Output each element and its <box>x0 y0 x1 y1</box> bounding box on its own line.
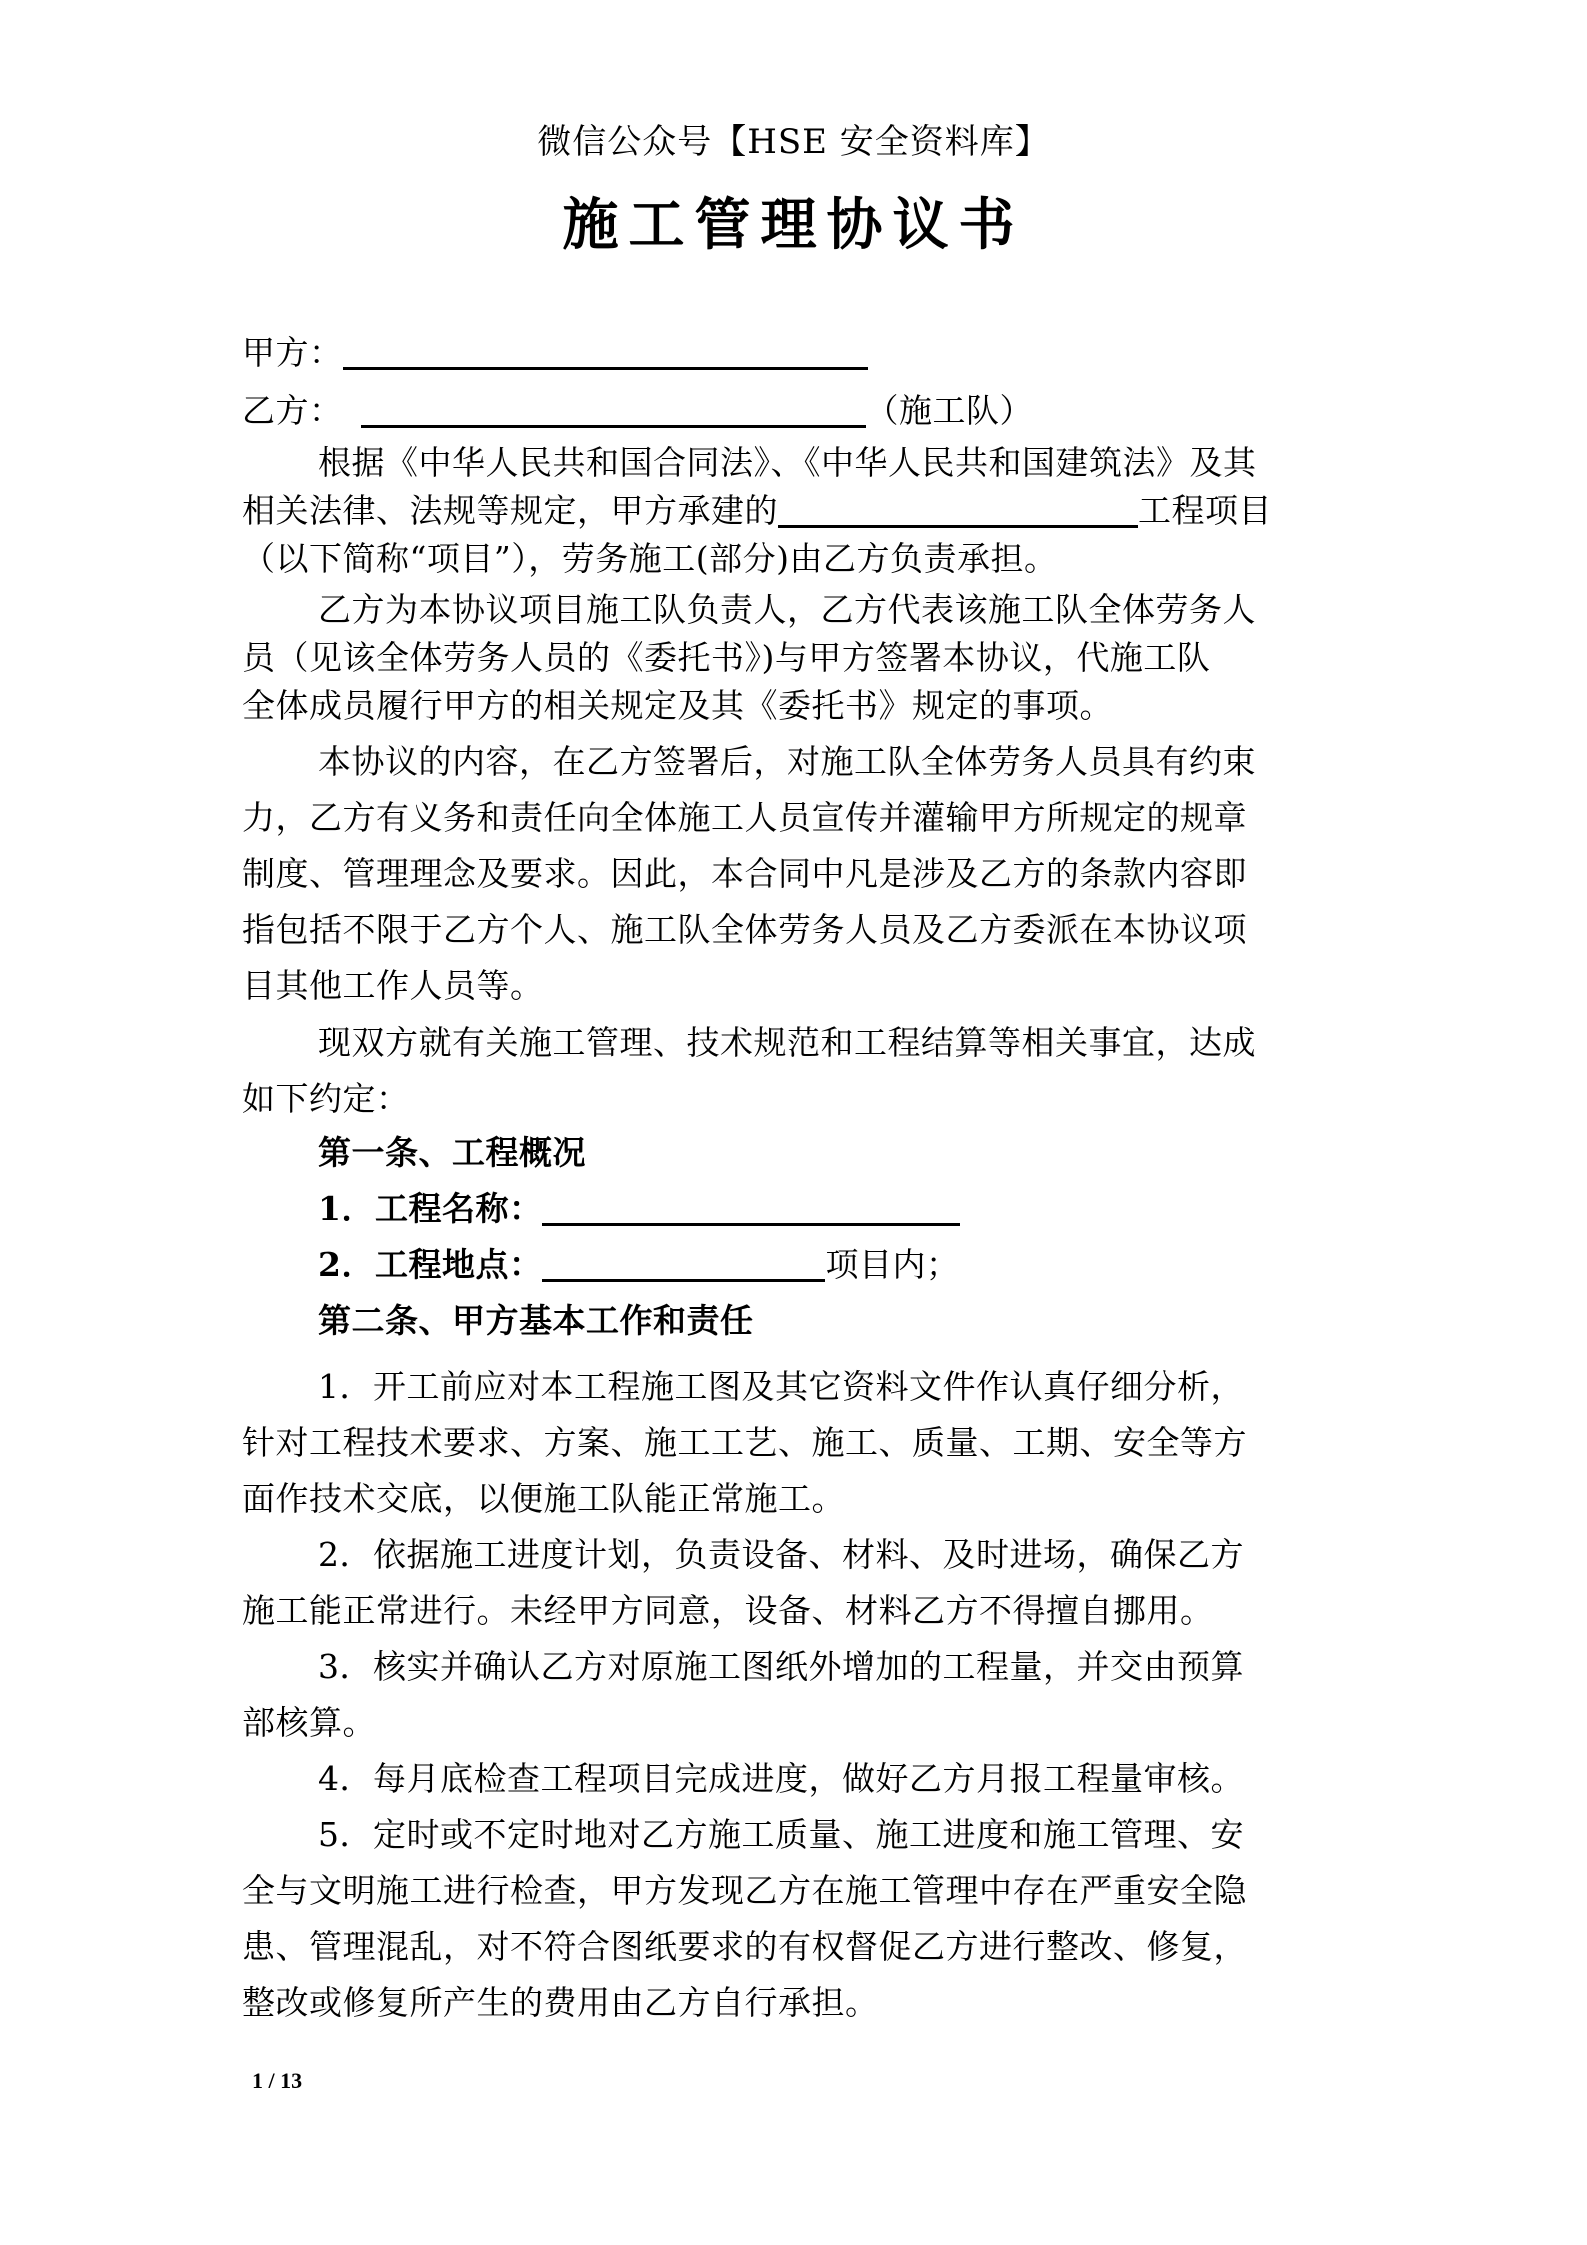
document-title: 施工管理协议书 <box>0 190 1587 260</box>
header-note: 微信公众号【HSE 安全资料库】 <box>0 118 1587 166</box>
article2-item5-line-2: 全与文明施工进行检查，甲方发现乙方在施工管理中存在严重安全隐 <box>242 1866 1352 1916</box>
article2-item1-line-2: 针对工程技术要求、方案、施工工艺、施工、质量、工期、安全等方 <box>242 1418 1352 1468</box>
party-b-label: 乙方： <box>242 391 343 430</box>
article1-item2: 2．工程地点：项目内； <box>242 1240 1428 1290</box>
para2-line-1: 乙方为本协议项目施工队负责人，乙方代表该施工队全体劳务人 <box>242 585 1428 635</box>
party-a-line: 甲方： <box>242 328 1352 378</box>
para3-line-3: 制度、管理理念及要求。因此，本合同中凡是涉及乙方的条款内容即 <box>242 849 1352 899</box>
party-a-label: 甲方： <box>242 333 343 372</box>
project-name-field[interactable] <box>778 491 1138 528</box>
para3-line-4: 指包括不限于乙方个人、施工队全体劳务人员及乙方委派在本协议项 <box>242 905 1352 955</box>
page-number: 1 / 13 <box>252 2068 302 2094</box>
project-location-input[interactable] <box>542 1245 825 1282</box>
para4-line-1: 现双方就有关施工管理、技术规范和工程结算等相关事宜，达成 <box>242 1018 1428 1068</box>
para3-line-2: 力，乙方有义务和责任向全体施工人员宣传并灌输甲方所规定的规章 <box>242 793 1352 843</box>
article1-item1: 1．工程名称： <box>242 1184 1428 1234</box>
article2-item3-line-2: 部核算。 <box>242 1698 1352 1748</box>
article2-item2-line-1: 2．依据施工进度计划，负责设备、材料、及时进场，确保乙方 <box>242 1530 1428 1580</box>
para3-line-1: 本协议的内容，在乙方签署后，对施工队全体劳务人员具有约束 <box>242 737 1428 787</box>
para4-line-2: 如下约定： <box>242 1074 1352 1124</box>
intro-line-3: （以下简称“项目”），劳务施工(部分)由乙方负责承担。 <box>242 534 1352 584</box>
intro-line-2-post: 工程项目 <box>1138 491 1272 530</box>
project-location-suffix: 项目内； <box>825 1245 959 1284</box>
party-b-line: 乙方：（施工队） <box>242 386 1352 436</box>
project-name-input[interactable] <box>542 1189 960 1226</box>
article2-item5-line-3: 患、管理混乱，对不符合图纸要求的有权督促乙方进行整改、修复， <box>242 1922 1352 1972</box>
article2-item3-line-1: 3．核实并确认乙方对原施工图纸外增加的工程量，并交由预算 <box>242 1642 1428 1692</box>
document-page: 微信公众号【HSE 安全资料库】 施工管理协议书 甲方： 乙方：（施工队） 根据… <box>0 0 1587 2245</box>
intro-line-2: 相关法律、法规等规定，甲方承建的工程项目 <box>242 486 1352 536</box>
article1-heading: 第一条、工程概况 <box>242 1128 1428 1178</box>
article2-item1-line-1: 1．开工前应对本工程施工图及其它资料文件作认真仔细分析， <box>242 1362 1428 1412</box>
article2-heading: 第二条、甲方基本工作和责任 <box>242 1296 1428 1346</box>
party-a-field[interactable] <box>343 333 868 370</box>
para2-line-2: 员（见该全体劳务人员的《委托书》)与甲方签署本协议，代施工队 <box>242 633 1352 683</box>
party-b-field[interactable] <box>361 391 866 428</box>
article2-item2-line-2: 施工能正常进行。未经甲方同意，设备、材料乙方不得擅自挪用。 <box>242 1586 1352 1636</box>
article2-item5-line-4: 整改或修复所产生的费用由乙方自行承担。 <box>242 1978 1352 2028</box>
project-location-label: 2．工程地点： <box>318 1245 542 1284</box>
para3-line-5: 目其他工作人员等。 <box>242 961 1352 1011</box>
intro-line-2-pre: 相关法律、法规等规定，甲方承建的 <box>242 491 778 530</box>
para2-line-3: 全体成员履行甲方的相关规定及其《委托书》规定的事项。 <box>242 681 1352 731</box>
article2-item4-line-1: 4．每月底检查工程项目完成进度，做好乙方月报工程量审核。 <box>242 1754 1428 1804</box>
project-name-label: 1．工程名称： <box>318 1189 542 1228</box>
article2-item1-line-3: 面作技术交底，以便施工队能正常施工。 <box>242 1474 1352 1524</box>
article2-item5-line-1: 5．定时或不定时地对乙方施工质量、施工进度和施工管理、安 <box>242 1810 1428 1860</box>
intro-line-1: 根据《中华人民共和国合同法》、《中华人民共和国建筑法》及其 <box>242 438 1428 488</box>
party-b-suffix: （施工队） <box>866 391 1034 430</box>
